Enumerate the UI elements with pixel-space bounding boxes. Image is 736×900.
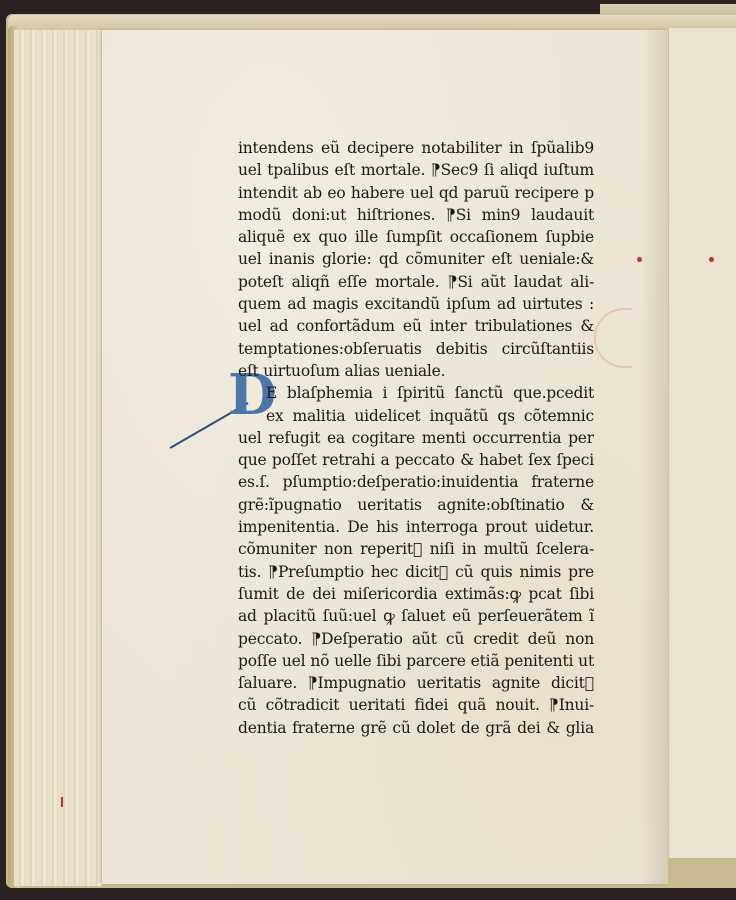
text-line: ex malitia uidelicet inquãtũ qs cõtemnic	[238, 405, 594, 427]
text-line: grẽ:ĩpugnatio ueritatis agnite:obſtinati…	[238, 494, 594, 516]
text-line: uel refugit ea cogitare menti occurrenti…	[238, 427, 594, 449]
text-line: E blaſphemia i ſpiritũ ſanctũ que.pcedit	[238, 382, 594, 404]
text-line: tis. ⁋Preſumptio hec dicit᷑ cũ quis nimi…	[238, 561, 594, 583]
text-line: aliquẽ ex quo ille ſumpſit occaſionem ſu…	[238, 226, 594, 248]
text-line: modũ doni:ut hiſtriones. ⁋Si min9 laudau…	[238, 204, 594, 226]
text-line: uel ad confortãdum eũ inter tribulatione…	[238, 315, 594, 337]
text-line: intendens eũ decipere notabiliter in ſpũ…	[238, 137, 594, 159]
text-line: poteſt aliqñ eſſe mortale. ⁋Si aũt lauda…	[238, 271, 594, 293]
text-line: dentia fraterne grẽ cũ dolet de grã dei …	[238, 717, 594, 739]
text-line: ſaluare. ⁋Impugnatio ueritatis agnite di…	[238, 672, 594, 694]
page-stack-left	[14, 30, 102, 886]
text-line: quem ad magis excitandũ ipſum ad uirtute…	[238, 293, 594, 315]
text-line: intendit ab eo habere uel qd paruũ recip…	[238, 182, 594, 204]
text-line: eſt uirtuoſum alias ueniale.	[238, 360, 594, 382]
text-line: cũ cõtradicit ueritati fidei quã nouit. …	[238, 694, 594, 716]
top-page-edge	[8, 15, 736, 31]
text-line: impenitentia. De his interroga prout uid…	[238, 516, 594, 538]
text-line: uel inanis glorie: qd cõmuniter eſt ueni…	[238, 248, 594, 270]
gutter-shadow	[640, 30, 668, 884]
red-margin-dot	[637, 257, 642, 262]
text-line: ſumit de dei miſericordia extimãs:ꝙ pcat…	[238, 583, 594, 605]
text-line: es.ſ. pſumptio:deſperatio:inuidentia fra…	[238, 471, 594, 493]
text-line: ad placitũ ſuũ:uel ꝙ ſaluet eũ perſeuerã…	[238, 605, 594, 627]
text-line: cõmuniter non reperit᷑ niſi in multũ ſce…	[238, 538, 594, 560]
text-line: uel tpalibus eſt mortale. ⁋Sec9 ſi aliqd…	[238, 159, 594, 181]
red-edge-mark	[61, 797, 63, 807]
text-line: temptationes:obſeruatis debitis circũſta…	[238, 338, 594, 360]
text-column: intendens eũ decipere notabiliter in ſpũ…	[238, 137, 594, 739]
red-margin-dot	[709, 257, 714, 262]
text-line: que poſſet retrahi a peccato & habet ſex…	[238, 449, 594, 471]
facing-page	[668, 28, 736, 858]
text-line: peccato. ⁋Deſperatio aũt cũ credit deũ n…	[238, 628, 594, 650]
text-line: poſſe uel nõ uelle ſibi parcere etiã pen…	[238, 650, 594, 672]
